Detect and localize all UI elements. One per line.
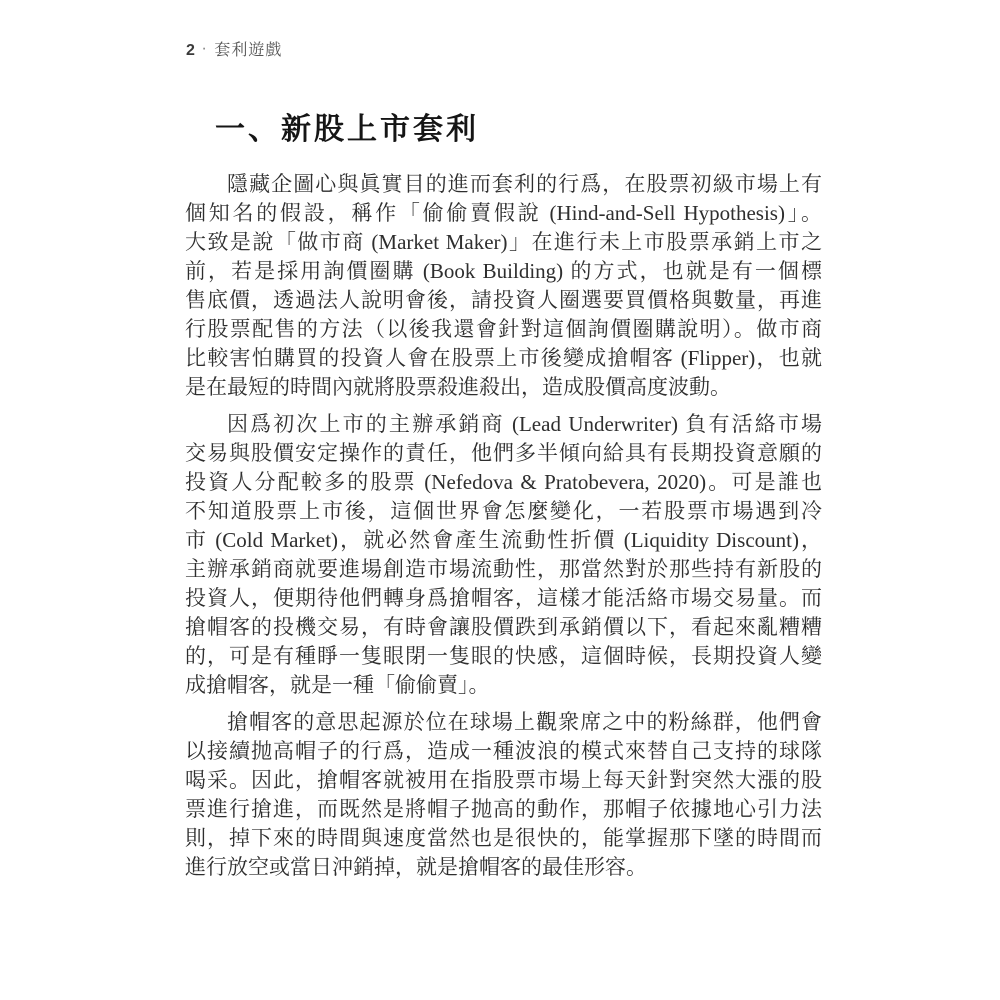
paragraph-line: 搶帽客的意思起源於位在球場上觀衆席之中的粉絲群，他們會: [185, 708, 822, 737]
paragraph-line: 主辦承銷商就要進場創造市場流動性，那當然對於那些持有新股的: [185, 555, 822, 584]
paragraph-line: 個知名的假設，稱作「偷偷賣假說 (Hind-and-Sell Hypothesi…: [185, 199, 822, 228]
book-title: 套利遊戲: [214, 42, 282, 59]
paragraph-line: 交易與股價安定操作的責任，他們多半傾向給具有長期投資意願的: [185, 439, 822, 468]
paragraph-3: 搶帽客的意思起源於位在球場上觀衆席之中的粉絲群，他們會以接續抛高帽子的行爲，造成…: [185, 708, 822, 882]
paragraph-line: 則，掉下來的時間與速度當然也是很快的，能掌握那下墜的時間而: [185, 824, 822, 853]
book-page: 2‧套利遊戲 一、新股上市套利 隱藏企圖心與眞實目的進而套利的行爲，在股票初級市…: [0, 0, 1000, 1000]
paragraph-line: 的，可是有種睜一隻眼閉一隻眼的快感，這個時候，長期投資人變: [185, 642, 822, 671]
paragraph-line: 不知道股票上市後，這個世界會怎麼變化，一若股票市場遇到冷: [185, 497, 822, 526]
paragraph-line: 喝采。因此，搶帽客就被用在指股票市場上每天針對突然大漲的股: [185, 766, 822, 795]
paragraph-line: 因爲初次上市的主辦承銷商 (Lead Underwriter) 負有活絡市場: [185, 410, 822, 439]
paragraph-line: 市 (Cold Market)，就必然會產生流動性折價 (Liquidity D…: [185, 526, 822, 555]
paragraph-line: 搶帽客的投機交易，有時會讓股價跌到承銷價以下，看起來亂糟糟: [185, 613, 822, 642]
paragraph-line: 比較害怕購買的投資人會在股票上市後變成搶帽客 (Flipper)，也就: [185, 344, 822, 373]
section-title: 一、新股上市套利: [215, 112, 479, 148]
running-header: 2‧套利遊戲: [186, 40, 282, 60]
paragraph-2: 因爲初次上市的主辦承銷商 (Lead Underwriter) 負有活絡市場交易…: [185, 410, 822, 700]
paragraph-line: 行股票配售的方法（以後我還會針對這個詢價圈購說明）。做市商: [185, 315, 822, 344]
paragraph-line: 票進行搶進，而既然是將帽子抛高的動作，那帽子依據地心引力法: [185, 795, 822, 824]
paragraph-line: 以接續抛高帽子的行爲，造成一種波浪的模式來替自己支持的球隊: [185, 737, 822, 766]
paragraph-line: 是在最短的時間內就將股票殺進殺出，造成股價高度波動。: [185, 373, 822, 402]
paragraph-line: 成搶帽客，就是一種「偷偷賣」。: [185, 671, 822, 700]
paragraph-line: 售底價，透過法人說明會後，請投資人圈選要買價格與數量，再進: [185, 286, 822, 315]
header-separator: ‧: [202, 40, 207, 58]
paragraph-line: 進行放空或當日沖銷掉，就是搶帽客的最佳形容。: [185, 853, 822, 882]
paragraph-line: 大致是說「做市商 (Market Maker)」在進行未上市股票承銷上市之: [185, 228, 822, 257]
paragraph-line: 前，若是採用詢價圈購 (Book Building) 的方式，也就是有一個標: [185, 257, 822, 286]
paragraph-1: 隱藏企圖心與眞實目的進而套利的行爲，在股票初級市場上有個知名的假設，稱作「偷偷賣…: [185, 170, 822, 402]
paragraph-line: 投資人分配較多的股票 (Nefedova & Pratobevera, 2020…: [185, 468, 822, 497]
body-text: 隱藏企圖心與眞實目的進而套利的行爲，在股票初級市場上有個知名的假設，稱作「偷偷賣…: [185, 170, 822, 882]
page-number: 2: [186, 42, 195, 59]
paragraph-line: 投資人，便期待他們轉身爲搶帽客，這樣才能活絡市場交易量。而: [185, 584, 822, 613]
paragraph-line: 隱藏企圖心與眞實目的進而套利的行爲，在股票初級市場上有: [185, 170, 822, 199]
